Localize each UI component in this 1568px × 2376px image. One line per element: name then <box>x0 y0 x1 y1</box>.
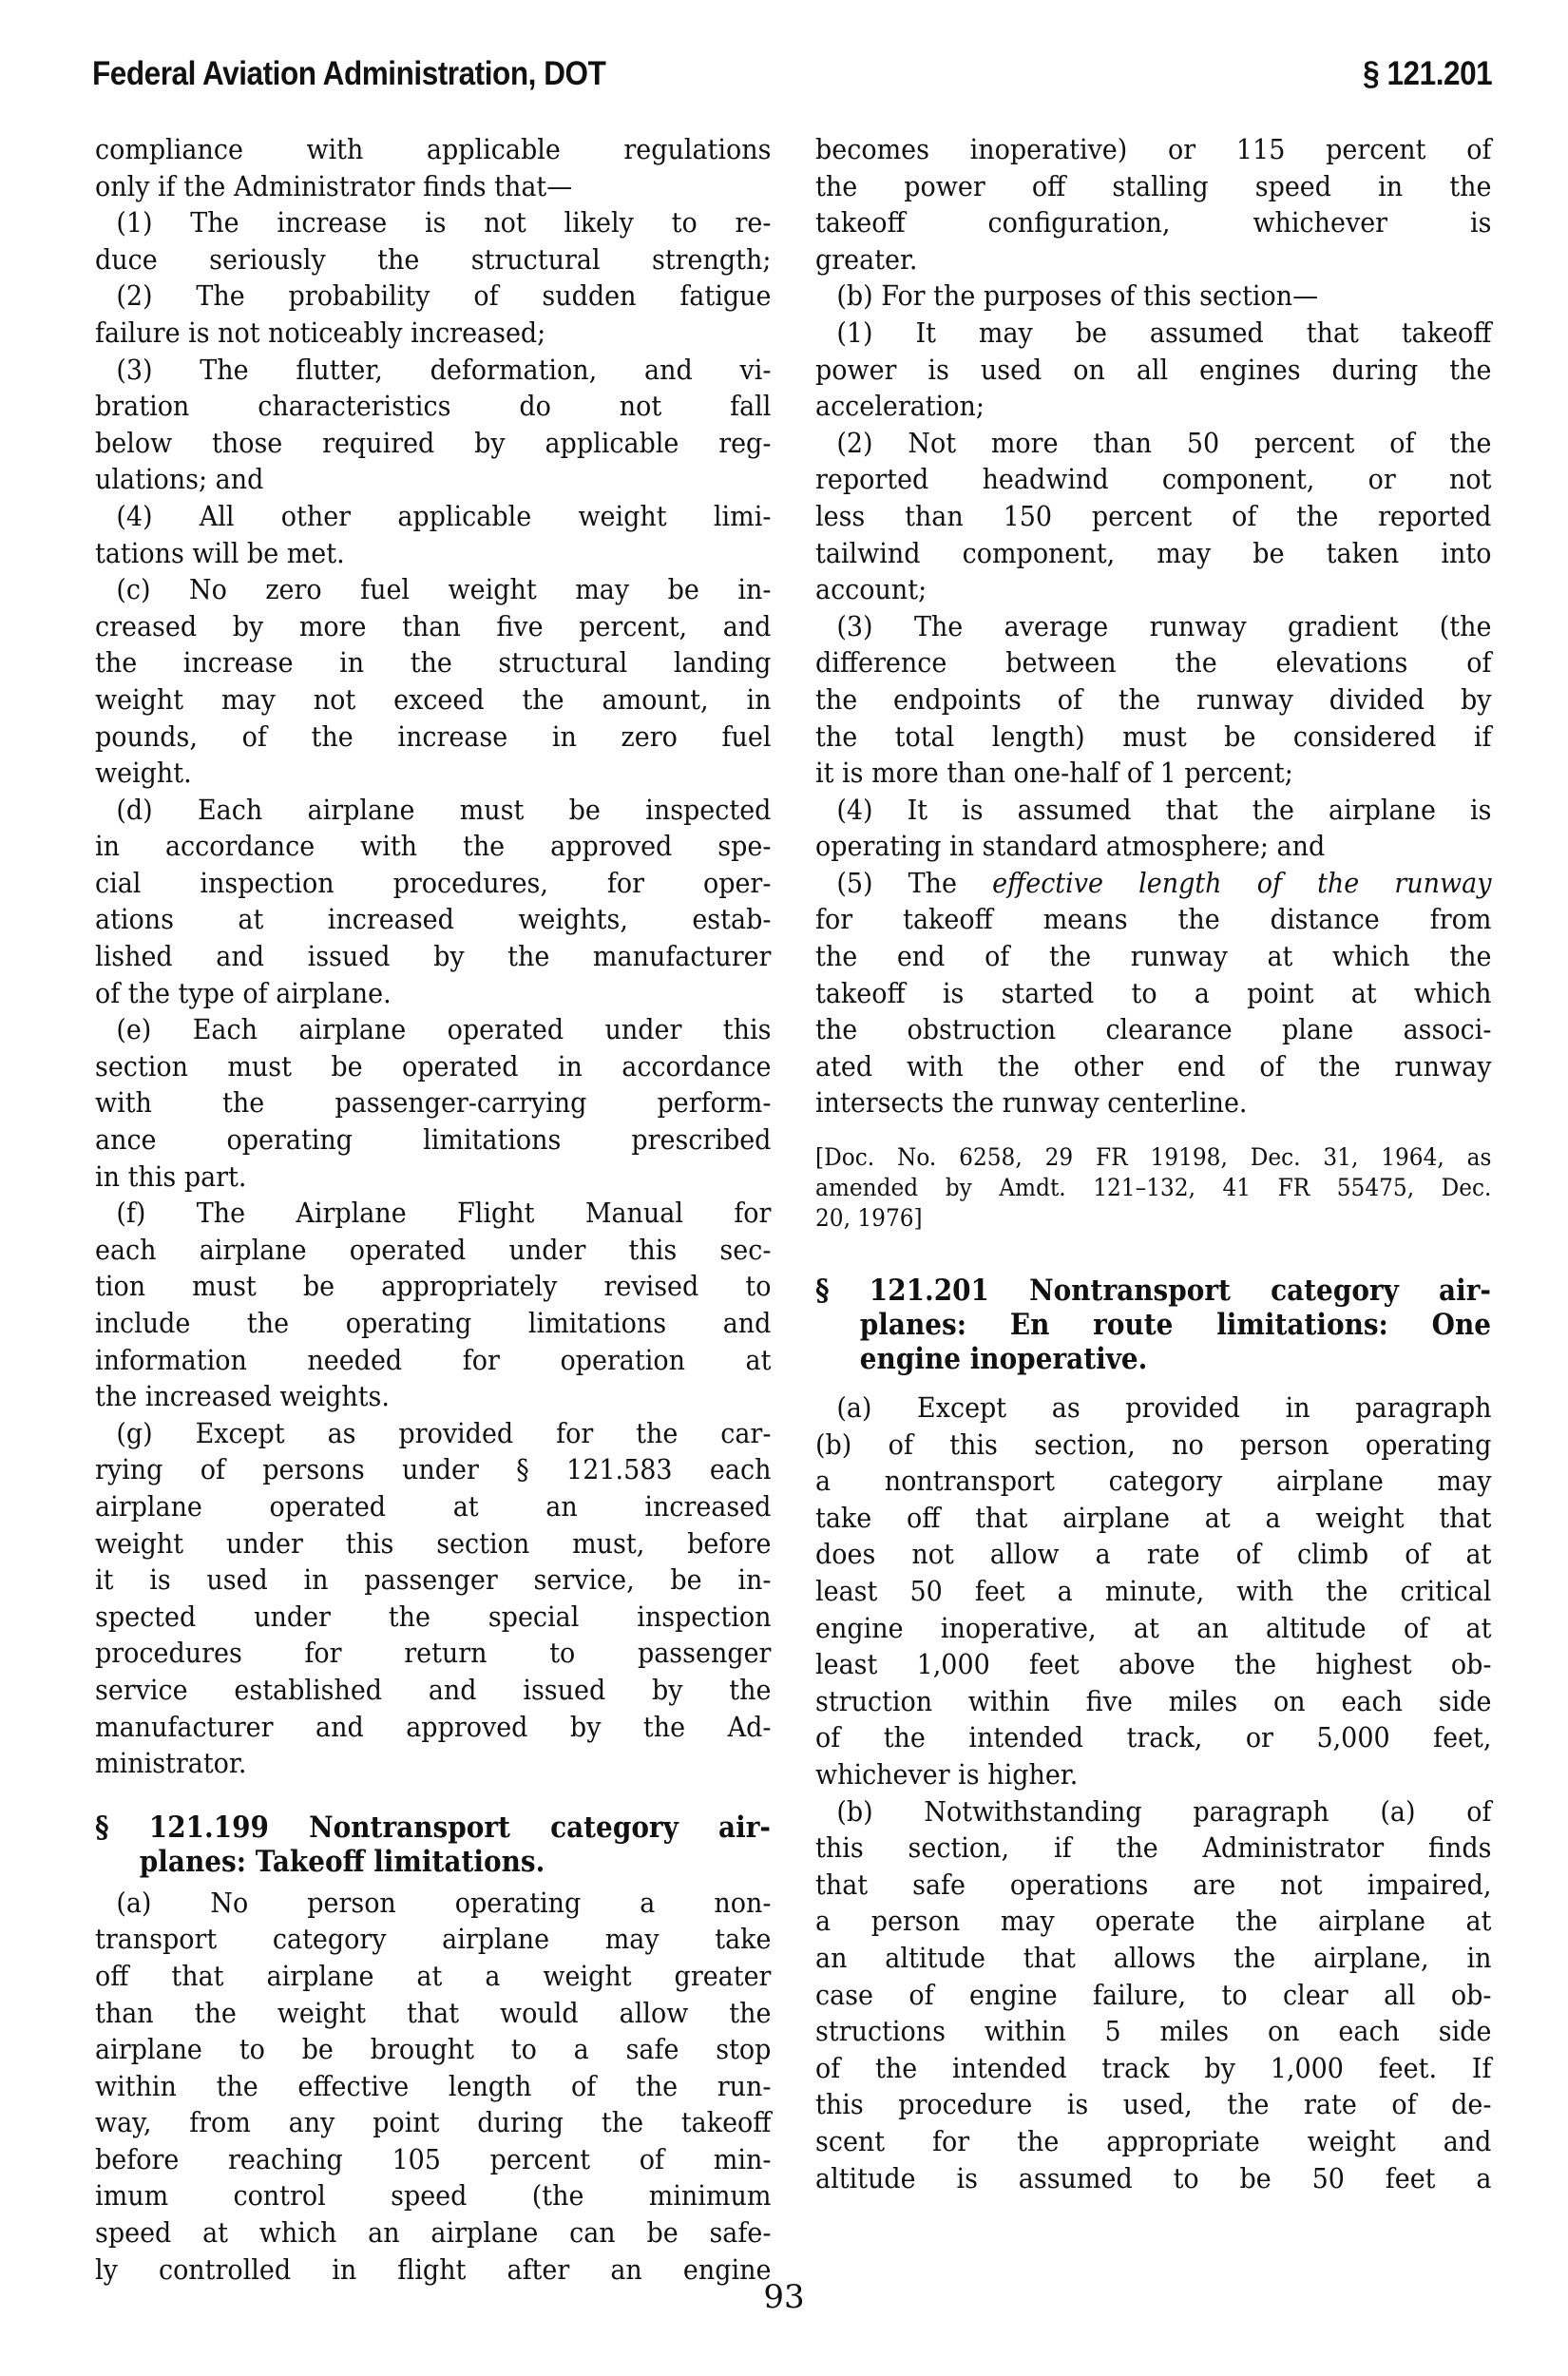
text-line: structions within 5 miles on each side <box>815 2013 1491 2050</box>
text-line: for takeoff means the distance from <box>815 901 1491 938</box>
text-line: bration characteristics do not fall <box>95 388 771 425</box>
text-line: (2) Not more than 50 percent of the <box>815 425 1491 462</box>
text-line: speed at which an airplane can be safe- <box>95 2214 771 2251</box>
text-line: off that airplane at a weight greater <box>95 1958 771 1995</box>
right-column: becomes inoperative) or 115 percent of t… <box>815 131 1492 2196</box>
paragraph-b1: (1) It may be assumed that takeoff power… <box>815 315 1492 425</box>
text-line: way, from any point during the takeoff <box>95 2104 771 2141</box>
text-line: it is more than one-half of 1 percent; <box>815 755 1491 792</box>
paragraph-b2: (2) Not more than 50 percent of the repo… <box>815 425 1492 608</box>
text-line: whichever is higher. <box>815 1756 1491 1793</box>
text-line: least 1,000 feet above the highest ob- <box>815 1646 1491 1683</box>
paragraph-d: (d) Each airplane must be inspected in a… <box>95 792 772 1012</box>
text-line: that safe operations are not impaired, <box>815 1867 1491 1904</box>
text-line: (g) Except as provided for the car- <box>95 1415 771 1452</box>
text-line: altitude is assumed to be 50 feet a <box>815 2160 1491 2197</box>
text-line: procedures for return to passenger <box>95 1635 771 1672</box>
heading-line: engine inoperative. <box>815 1342 1491 1376</box>
source-citation: [Doc. No. 6258, 29 FR 19198, Dec. 31, 19… <box>815 1142 1492 1234</box>
paragraph-4: (4) All other applicable weight limi- ta… <box>95 498 772 571</box>
text-line: only if the Administrator finds that— <box>95 168 771 205</box>
text-line: greater. <box>815 241 1491 278</box>
paragraph-a-enroute: (a) Except as provided in paragraph (b) … <box>815 1389 1492 1793</box>
text-line: (5) The effective length of the runway <box>815 865 1491 902</box>
text-line: scent for the appropriate weight and <box>815 2123 1491 2160</box>
text-line: takeoff is started to a point at which <box>815 975 1491 1012</box>
text-line: tailwind component, may be taken into <box>815 535 1491 572</box>
running-header-section: § 121.201 <box>1363 55 1492 93</box>
text-line: duce seriously the structural strength; <box>95 241 771 278</box>
text-line: weight may not exceed the amount, in <box>95 681 771 719</box>
text-line: ations at increased weights, estab- <box>95 901 771 938</box>
text-line: (b) Notwithstanding paragraph (a) of <box>815 1793 1491 1830</box>
text-line: spected under the special inspection <box>95 1599 771 1636</box>
text-line: creased by more than five percent, and <box>95 608 771 645</box>
paragraph-1: (1) The increase is not likely to re- du… <box>95 204 772 278</box>
text-line: (a) Except as provided in paragraph <box>815 1389 1491 1427</box>
text-line: (a) No person operating a non- <box>95 1885 771 1922</box>
text-line: the increase in the structural landing <box>95 644 771 681</box>
citation-line: [Doc. No. 6258, 29 FR 19198, Dec. 31, 19… <box>815 1142 1491 1173</box>
text-line: the endpoints of the runway divided by <box>815 681 1491 719</box>
paragraph-a-takeoff: (a) No person operating a non- transport… <box>95 1885 772 2289</box>
left-column: compliance with applicable regulations o… <box>95 131 772 2288</box>
text-line: service established and issued by the <box>95 1672 771 1709</box>
text-line: the power off stalling speed in the <box>815 168 1491 205</box>
text-line: an altitude that allows the airplane, in <box>815 1940 1491 1977</box>
heading-line: planes: Takeoff limitations. <box>95 1845 771 1879</box>
text-line: each airplane operated under this sec- <box>95 1232 771 1269</box>
text-line: ance operating limitations prescribed <box>95 1121 771 1159</box>
text-line: the obstruction clearance plane associ- <box>815 1011 1491 1048</box>
text-line: lished and issued by the manufacturer <box>95 938 771 975</box>
text-line: take off that airplane at a weight that <box>815 1500 1491 1537</box>
text-line: ulations; and <box>95 461 771 498</box>
text-line: least 50 feet a minute, with the critica… <box>815 1573 1491 1610</box>
text-line: tations will be met. <box>95 535 771 572</box>
text-line: include the operating limitations and <box>95 1305 771 1342</box>
paragraph-f: (f) The Airplane Flight Manual for each … <box>95 1195 772 1415</box>
text-line: (3) The average runway gradient (the <box>815 608 1491 645</box>
text-line: (4) All other applicable weight limi- <box>95 498 771 535</box>
paragraph-b5: (5) The effective length of the runway f… <box>815 865 1492 1121</box>
text-line: than the weight that would allow the <box>95 1995 771 2032</box>
text-line: (4) It is assumed that the airplane is <box>815 792 1491 829</box>
text-line: account; <box>815 571 1491 608</box>
text-line: rying of persons under § 121.583 each <box>95 1451 771 1488</box>
text-line: becomes inoperative) or 115 percent of <box>815 131 1491 168</box>
text-line: (b) For the purposes of this section— <box>815 278 1491 315</box>
text-line: section must be operated in accordance <box>95 1048 771 1085</box>
text-line: before reaching 105 percent of min- <box>95 2141 771 2178</box>
text-line: weight. <box>95 755 771 792</box>
section-heading-121-199: § 121.199 Nontransport category air- pla… <box>95 1811 772 1879</box>
running-header-agency: Federal Aviation Administration, DOT <box>92 55 605 93</box>
text-line: it is used in passenger service, be in- <box>95 1562 771 1599</box>
page-number: 93 <box>0 2278 1568 2316</box>
text-line: ministrator. <box>95 1745 771 1782</box>
text-line: (d) Each airplane must be inspected <box>95 792 771 829</box>
text-line: the total length) must be considered if <box>815 719 1491 756</box>
paragraph-e: (e) Each airplane operated under this se… <box>95 1011 772 1195</box>
text-line: a person may operate the airplane at <box>815 1903 1491 1940</box>
text-line: of the intended track by 1,000 feet. If <box>815 2050 1491 2087</box>
text-line: manufacturer and approved by the Ad- <box>95 1709 771 1746</box>
text-line: airplane operated at an increased <box>95 1488 771 1525</box>
text-line: the end of the runway at which the <box>815 938 1491 975</box>
heading-line: § 121.199 Nontransport category air- <box>95 1811 771 1845</box>
text-line: this section, if the Administrator finds <box>815 1830 1491 1867</box>
paragraph-b4: (4) It is assumed that the airplane is o… <box>815 792 1492 865</box>
text-line: information needed for operation at <box>95 1342 771 1379</box>
text-line: of the intended track, or 5,000 feet, <box>815 1719 1491 1756</box>
text-line: reported headwind component, or not <box>815 461 1491 498</box>
paragraph-intro: compliance with applicable regulations o… <box>95 131 772 204</box>
text-line: less than 150 percent of the reported <box>815 498 1491 535</box>
text-line: difference between the elevations of <box>815 644 1491 681</box>
paragraph-b3: (3) The average runway gradient (the dif… <box>815 608 1492 792</box>
paragraph-b-enroute: (b) Notwithstanding paragraph (a) of thi… <box>815 1793 1492 2197</box>
text-line: (1) It may be assumed that takeoff <box>815 315 1491 352</box>
paragraph-3: (3) The flutter, deformation, and vi- br… <box>95 352 772 498</box>
text-line: (b) of this section, no person operating <box>815 1427 1491 1464</box>
paragraph-g: (g) Except as provided for the car- ryin… <box>95 1415 772 1782</box>
text-line: within the effective length of the run- <box>95 2068 771 2105</box>
text-line: of the type of airplane. <box>95 975 771 1012</box>
text-line: tion must be appropriately revised to <box>95 1268 771 1305</box>
text-line: struction within five miles on each side <box>815 1683 1491 1720</box>
text-line: (e) Each airplane operated under this <box>95 1011 771 1048</box>
text-line: the increased weights. <box>95 1378 771 1415</box>
text-line: cial inspection procedures, for oper- <box>95 865 771 902</box>
paragraph-c: (c) No zero fuel weight may be in- creas… <box>95 571 772 792</box>
text-line: engine inoperative, at an altitude of at <box>815 1610 1491 1647</box>
paragraph-2: (2) The probability of sudden fatigue fa… <box>95 278 772 351</box>
text-line: in this part. <box>95 1159 771 1196</box>
text-line: acceleration; <box>815 388 1491 425</box>
text-line: (1) The increase is not likely to re- <box>95 204 771 241</box>
text-line: ated with the other end of the runway <box>815 1048 1491 1085</box>
heading-line: § 121.201 Nontransport category air- <box>815 1274 1491 1308</box>
text-line: below those required by applicable reg- <box>95 425 771 462</box>
text-line: intersects the runway centerline. <box>815 1084 1491 1121</box>
section-heading-121-201: § 121.201 Nontransport category air- pla… <box>815 1274 1492 1376</box>
text-line: (2) The probability of sudden fatigue <box>95 278 771 315</box>
text-line: a nontransport category airplane may <box>815 1463 1491 1500</box>
text-line: failure is not noticeably increased; <box>95 315 771 352</box>
text-line: operating in standard atmosphere; and <box>815 828 1491 865</box>
citation-line: 20, 1976] <box>815 1203 1491 1234</box>
text-line: power is used on all engines during the <box>815 352 1491 389</box>
text-line: pounds, of the increase in zero fuel <box>95 719 771 756</box>
text-line: (f) The Airplane Flight Manual for <box>95 1195 771 1232</box>
heading-line: planes: En route limitations: One <box>815 1308 1491 1342</box>
text-prefix: (5) The <box>836 867 992 899</box>
text-line: compliance with applicable regulations <box>95 131 771 168</box>
text-line: in accordance with the approved spe- <box>95 828 771 865</box>
text-line: transport category airplane may take <box>95 1921 771 1958</box>
paragraph-continued: becomes inoperative) or 115 percent of t… <box>815 131 1492 278</box>
text-line: takeoff configuration, whichever is <box>815 204 1491 241</box>
text-line: (c) No zero fuel weight may be in- <box>95 571 771 608</box>
text-line: does not allow a rate of climb of at <box>815 1536 1491 1573</box>
text-line: this procedure is used, the rate of de- <box>815 2086 1491 2123</box>
text-line: case of engine failure, to clear all ob- <box>815 1977 1491 2014</box>
text-line: weight under this section must, before <box>95 1525 771 1562</box>
text-line: (3) The flutter, deformation, and vi- <box>95 352 771 389</box>
defined-term: effective length of the runway <box>992 867 1491 899</box>
text-line: with the passenger-carrying perform- <box>95 1084 771 1121</box>
text-line: airplane to be brought to a safe stop <box>95 2031 771 2068</box>
text-line: imum control speed (the minimum <box>95 2177 771 2214</box>
citation-line: amended by Amdt. 121–132, 41 FR 55475, D… <box>815 1173 1491 1203</box>
paragraph-b: (b) For the purposes of this section— <box>815 278 1492 315</box>
